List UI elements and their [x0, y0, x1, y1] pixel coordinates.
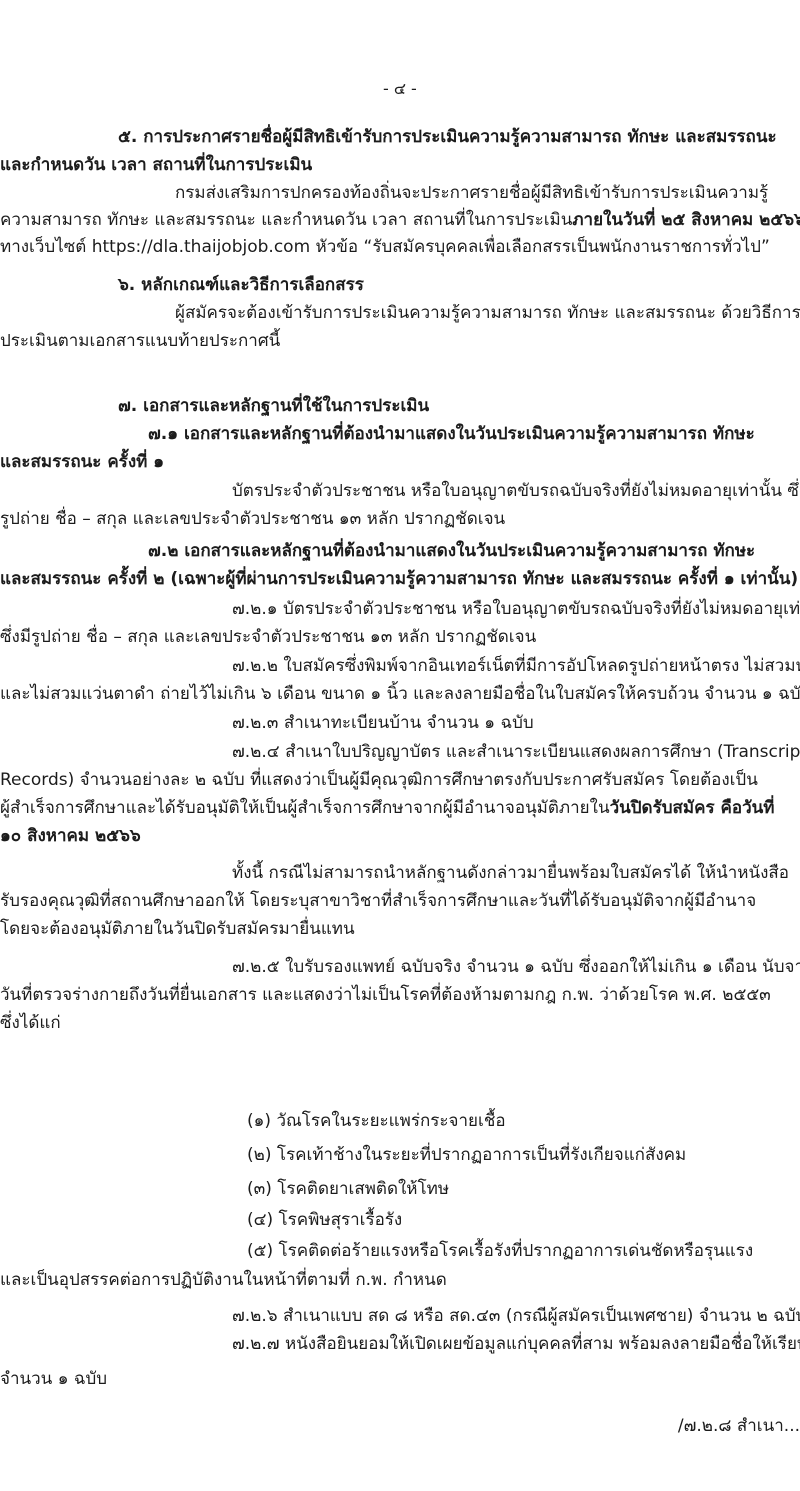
item-7-2-7-line-2: จำนวน ๑ ฉบับ — [0, 1366, 107, 1392]
section-5-heading-line-2: และกำหนดวัน เวลา สถานที่ในการประเมิน — [0, 152, 312, 178]
item-7-2-5-line-2: วันที่ตรวจร่างกายถึงวันที่ยื่นเอกสาร และ… — [0, 982, 771, 1008]
item-7-2-4-line-2: Records) จำนวนอย่างละ ๒ ฉบับ ที่แสดงว่าเ… — [0, 767, 758, 793]
section-7-heading: ๗. เอกสารและหลักฐานที่ใช้ในการประเมิน — [118, 393, 429, 419]
section-7-2-heading-line-2: และสมรรถนะ ครั้งที่ ๒ (เฉพาะผู้ที่ผ่านกา… — [0, 566, 798, 592]
section-6-line-2: ประเมินตามเอกสารแนบท้ายประกาศนี้ — [0, 328, 280, 354]
item-7-2-3: ๗.๒.๓ สำเนาทะเบียนบ้าน จำนวน ๑ ฉบับ — [232, 710, 534, 736]
item-7-2-4-line-3-text: ผู้สำเร็จการศึกษาและได้รับอนุมัติให้เป็น… — [0, 798, 610, 818]
section-5-heading-line-1: ๕. การประกาศรายชื่อผู้มีสิทธิเข้ารับการป… — [118, 124, 777, 150]
item-7-2-5-line-1: ๗.๒.๕ ใบรับรองแพทย์ ฉบับจริง จำนวน ๑ ฉบั… — [232, 954, 800, 980]
note-line-1: ทั้งนี้ กรณีไม่สามารถนำหลักฐานดังกล่าวมา… — [232, 860, 789, 886]
note-line-2: รับรองคุณวุฒิที่สถานศึกษาออกให้ โดยระบุส… — [0, 888, 756, 914]
section-7-1-heading-line-1: ๗.๑ เอกสารและหลักฐานที่ต้องนำมาแสดงในวัน… — [148, 421, 755, 447]
page-number: - ๔ - — [383, 76, 417, 102]
section-6-heading: ๖. หลักเกณฑ์และวิธีการเลือกสรร — [118, 272, 364, 298]
item-7-2-2-line-1: ๗.๒.๒ ใบสมัครซึ่งพิมพ์จากอินเทอร์เน็ตที่… — [232, 653, 800, 679]
section-7-2-heading-line-1: ๗.๒ เอกสารและหลักฐานที่ต้องนำมาแสดงในวัน… — [148, 538, 755, 564]
item-7-2-5-line-3: ซึ่งได้แก่ — [0, 1010, 61, 1036]
disease-item: (๓) โรคติดยาเสพติดให้โทษ — [247, 1176, 449, 1202]
item-7-2-7-line-1: ๗.๒.๗ หนังสือยินยอมให้เปิดเผยข้อมูลแก่บุ… — [232, 1331, 800, 1357]
item-7-2-1-line-1: ๗.๒.๑ บัตรประจำตัวประชาชน หรือใบอนุญาตขั… — [232, 596, 800, 622]
announcement-date: ภายในวันที่ ๒๕ สิงหาคม ๒๕๖๖ — [572, 210, 800, 230]
section-5-line-1: กรมส่งเสริมการปกครองท้องถิ่นจะประกาศรายช… — [175, 180, 768, 206]
disease-item: (๑) วัณโรคในระยะแพร่กระจายเชื้อ — [247, 1108, 506, 1134]
disease-item: (๒) โรคเท้าช้างในระยะที่ปรากฏอาการเป็นที… — [247, 1142, 686, 1168]
disease-item: (๔) โรคพิษสุราเรื้อรัง — [247, 1207, 402, 1233]
item-7-2-4-line-3: ผู้สำเร็จการศึกษาและได้รับอนุมัติให้เป็น… — [0, 795, 774, 821]
section-6-line-1: ผู้สมัครจะต้องเข้ารับการประเมินความรู้คว… — [175, 300, 800, 326]
disease-item-5-line-2: และเป็นอุปสรรคต่อการปฏิบัติงานในหน้าที่ต… — [0, 1267, 447, 1293]
note-line-3: โดยจะต้องอนุมัติภายในวันปิดรับสมัครมายื่… — [0, 916, 355, 942]
section-5-line-2: ความสามารถ ทักษะ และสมรรถนะ และกำหนดวัน … — [0, 207, 800, 233]
section-7-1-heading-line-2: และสมรรถนะ ครั้งที่ ๑ — [0, 449, 164, 475]
closing-date-label: วันปิดรับสมัคร คือวันที่ — [610, 798, 775, 818]
section-5-line-2-text: ความสามารถ ทักษะ และสมรรถนะ และกำหนดวัน … — [0, 210, 572, 230]
section-7-1-line-2: รูปถ่าย ชื่อ – สกุล และเลขประจำตัวประชาช… — [0, 506, 505, 532]
item-7-2-1-line-2: ซึ่งมีรูปถ่าย ชื่อ – สกุล และเลขประจำตัว… — [0, 624, 536, 650]
section-7-1-line-1: บัตรประจำตัวประชาชน หรือใบอนุญาตขับรถฉบั… — [232, 478, 800, 504]
item-7-2-4-line-1: ๗.๒.๔ สำเนาใบปริญญาบัตร และสำเนาระเบียนแ… — [232, 739, 800, 765]
section-5-website-line: ทางเว็บไซต์ https://dla.thaijobjob.com ห… — [0, 234, 770, 260]
disease-item: (๕) โรคติดต่อร้ายแรงหรือโรคเรื้อรังที่ปร… — [247, 1238, 753, 1264]
closing-date: ๑๐ สิงหาคม ๒๕๖๖ — [0, 823, 141, 849]
continuation-marker: /๗.๒.๘ สำเนา... — [678, 1413, 800, 1439]
item-7-2-2-line-2: และไม่สวมแว่นตาดำ ถ่ายไว้ไม่เกิน ๖ เดือน… — [0, 681, 800, 707]
item-7-2-6: ๗.๒.๖ สำเนาแบบ สด ๘ หรือ สด.๔๓ (กรณีผู้ส… — [232, 1303, 800, 1329]
